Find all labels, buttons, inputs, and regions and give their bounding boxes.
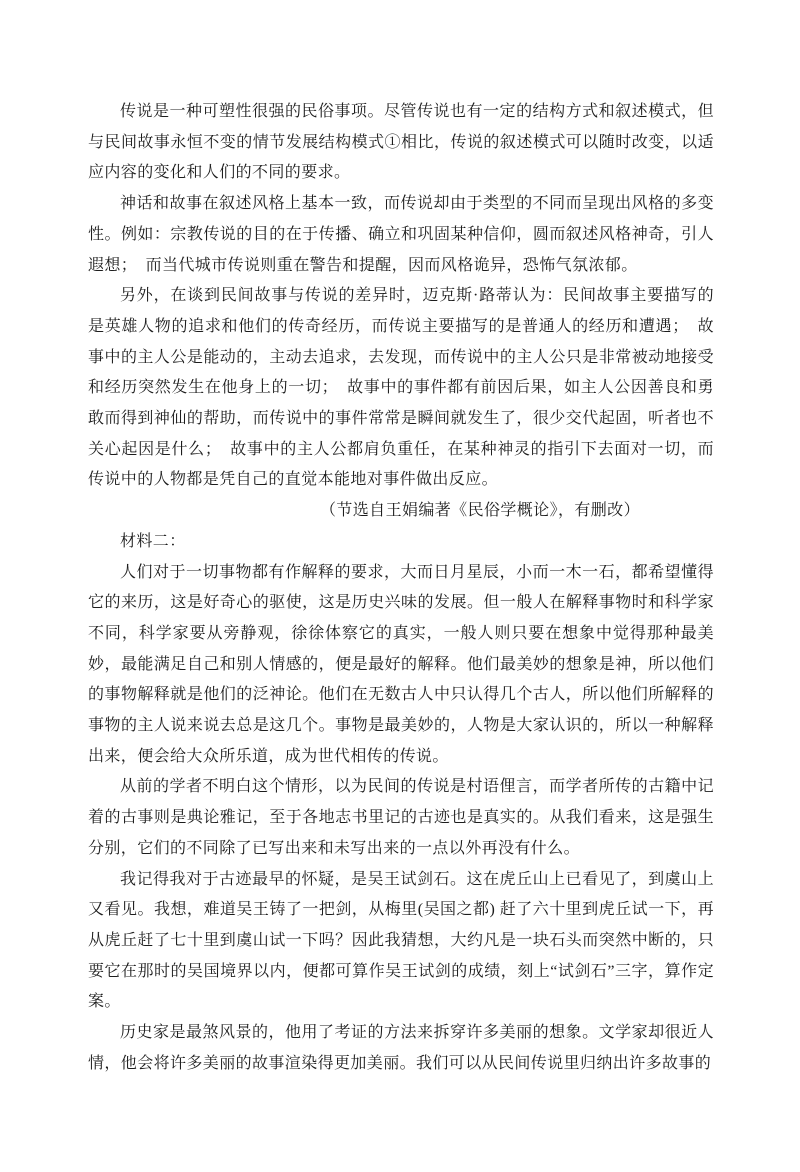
paragraph-legend-plasticity: 传说是一种可塑性很强的民俗事项。尽管传说也有一定的结构方式和叙述模式，但与民间故… xyxy=(88,97,714,189)
paragraph-folk-tale-vs-legend: 另外，在谈到民间故事与传说的差异时，迈克斯·路蒂认为：民间故事主要描写的是英雄人… xyxy=(88,281,714,496)
paragraph-sword-testing-stone: 我记得我对于古迹最早的怀疑，是吴王试剑石。这在虎丘山上已看见了，到虞山上又看见。… xyxy=(88,865,714,1019)
section-label-material-2: 材料二： xyxy=(88,527,714,558)
document-page: 传说是一种可塑性很强的民俗事项。尽管传说也有一定的结构方式和叙述模式，但与民间故… xyxy=(0,0,800,1172)
paragraph-narrative-style: 神话和故事在叙述风格上基本一致，而传说却由于类型的不同而呈现出风格的多变性。例如… xyxy=(88,189,714,281)
paragraph-historian-vs-writer: 历史家是最煞风景的，他用了考证的方法来拆穿许多美丽的想象。文学家却很近人情，他会… xyxy=(88,1018,714,1079)
paragraph-former-scholars: 从前的学者不明白这个情形，以为民间的传说是村语俚言，而学者所传的古籍中记着的古事… xyxy=(88,772,714,864)
attribution-line: （节选自王娟编著《民俗学概论》，有删改） xyxy=(88,496,714,527)
paragraph-explanation-demand: 人们对于一切事物都有作解释的要求，大而日月星辰，小而一木一石，都希望懂得它的来历… xyxy=(88,558,714,773)
